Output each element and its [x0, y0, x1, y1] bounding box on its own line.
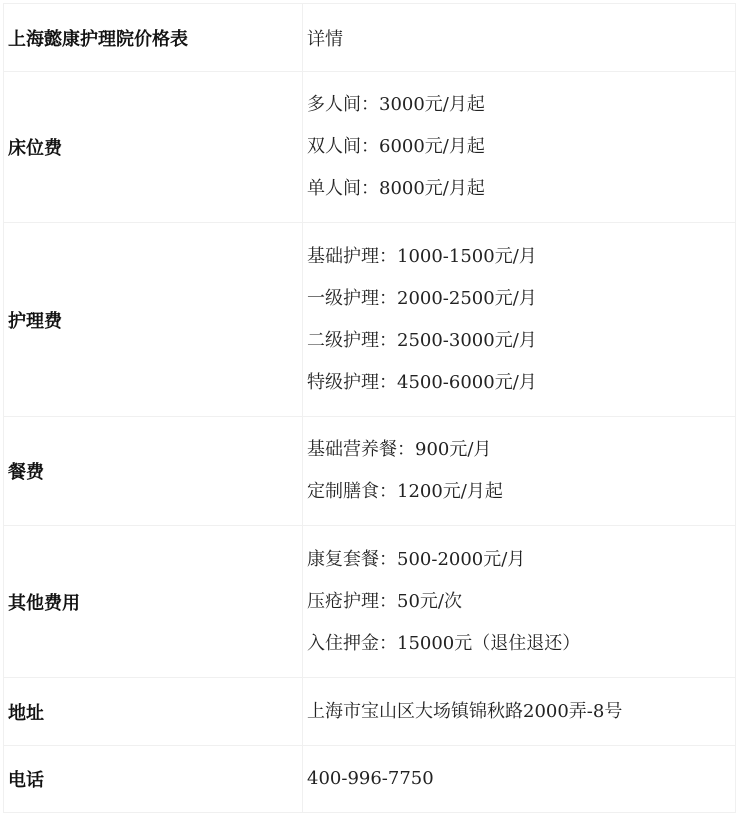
table-header-row: 上海懿康护理院价格表 详情: [4, 4, 736, 72]
row-label: 餐费: [4, 417, 303, 526]
row-label: 床位费: [4, 72, 303, 223]
table-row-other-fees: 其他费用 康复套餐：500-2000元/月 压疮护理：50元/次 入住押金：15…: [4, 526, 736, 678]
price-line: 定制膳食：1200元/月起: [307, 471, 731, 513]
price-line: 入住押金：15000元（退住退还）: [307, 623, 731, 665]
price-line: 二级护理：2500-3000元/月: [307, 320, 731, 362]
table-row-meal-fee: 餐费 基础营养餐：900元/月 定制膳食：1200元/月起: [4, 417, 736, 526]
phone-text: 400-996-7750: [307, 758, 731, 800]
table-row-address: 地址 上海市宝山区大场镇锦秋路2000弄-8号: [4, 678, 736, 746]
details-header: 详情: [303, 4, 736, 72]
address-text: 上海市宝山区大场镇锦秋路2000弄-8号: [307, 691, 731, 733]
price-line: 基础营养餐：900元/月: [307, 429, 731, 471]
table-title: 上海懿康护理院价格表: [4, 4, 303, 72]
row-value: 基础营养餐：900元/月 定制膳食：1200元/月起: [303, 417, 736, 526]
price-line: 双人间：6000元/月起: [307, 126, 731, 168]
price-line: 特级护理：4500-6000元/月: [307, 362, 731, 404]
row-label: 其他费用: [4, 526, 303, 678]
row-value: 上海市宝山区大场镇锦秋路2000弄-8号: [303, 678, 736, 746]
price-table: 上海懿康护理院价格表 详情 床位费 多人间：3000元/月起 双人间：6000元…: [3, 3, 736, 813]
price-line: 单人间：8000元/月起: [307, 168, 731, 210]
price-line: 基础护理：1000-1500元/月: [307, 236, 731, 278]
row-value: 400-996-7750: [303, 746, 736, 813]
price-line: 康复套餐：500-2000元/月: [307, 539, 731, 581]
table-row-nursing-fee: 护理费 基础护理：1000-1500元/月 一级护理：2000-2500元/月 …: [4, 223, 736, 417]
row-value: 基础护理：1000-1500元/月 一级护理：2000-2500元/月 二级护理…: [303, 223, 736, 417]
price-line: 压疮护理：50元/次: [307, 581, 731, 623]
row-value: 多人间：3000元/月起 双人间：6000元/月起 单人间：8000元/月起: [303, 72, 736, 223]
table-row-phone: 电话 400-996-7750: [4, 746, 736, 813]
table-row-bed-fee: 床位费 多人间：3000元/月起 双人间：6000元/月起 单人间：8000元/…: [4, 72, 736, 223]
price-line: 多人间：3000元/月起: [307, 84, 731, 126]
row-label: 护理费: [4, 223, 303, 417]
row-label: 地址: [4, 678, 303, 746]
price-line: 一级护理：2000-2500元/月: [307, 278, 731, 320]
row-label: 电话: [4, 746, 303, 813]
row-value: 康复套餐：500-2000元/月 压疮护理：50元/次 入住押金：15000元（…: [303, 526, 736, 678]
